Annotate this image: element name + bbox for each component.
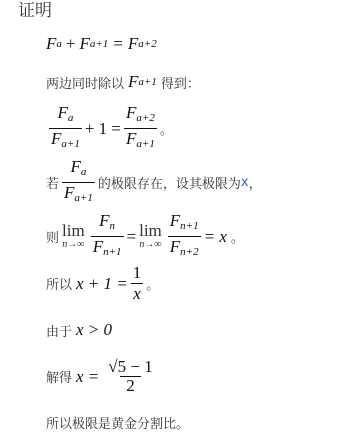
math-op: + 1 = xyxy=(85,119,121,139)
equation-limit: 则 limn→∞ Fn Fn+1 = limn→∞ Fn+1 Fn+2 = x … xyxy=(46,212,244,261)
text: 则 xyxy=(46,227,59,246)
math-var: F xyxy=(128,34,138,54)
equation-fibonacci-recurrence: Fa + Fa+1 = Fa+2 xyxy=(46,34,157,54)
text: 所以极限是黄金分割比。 xyxy=(46,413,189,432)
math-sub: a+1 xyxy=(138,76,156,88)
text: 解得 xyxy=(46,367,72,386)
math-op: + xyxy=(66,34,76,54)
math-op: = xyxy=(113,34,123,54)
fraction: Fa+2 Fa+1 xyxy=(124,104,157,153)
math-expr: = x xyxy=(204,227,227,247)
proof-heading: 证明 xyxy=(18,0,52,22)
fraction: Fa Fa+1 xyxy=(49,104,82,153)
equation-solution: 解得 x = √5 − 1 2 xyxy=(46,358,162,395)
math-expr: x > 0 xyxy=(76,320,112,340)
equation-divided: Fa Fa+1 + 1 = Fa+2 Fa+1 。 xyxy=(46,104,173,153)
punct: 。 xyxy=(160,119,173,138)
text-divide-step: 两边同时除以 Fa+1 得到： xyxy=(46,72,200,92)
text: 由于 xyxy=(46,321,72,340)
math-sub: a+2 xyxy=(138,38,156,50)
text-conclusion: 所以极限是黄金分割比。 xyxy=(46,413,189,432)
text: 所以 xyxy=(46,274,72,293)
limit: limn→∞ xyxy=(139,223,162,251)
math-var: F xyxy=(128,72,138,92)
limit: limn→∞ xyxy=(62,223,85,251)
math-sub: a xyxy=(56,38,62,50)
punct: 。 xyxy=(146,274,159,293)
text: 得到： xyxy=(161,73,200,92)
math-var: F xyxy=(79,34,89,54)
math-var: F xyxy=(46,34,56,54)
math-expr: x + 1 = xyxy=(76,274,128,294)
text: 的极限存在，设其极限为 xyxy=(98,173,241,192)
text-limit-assumption: 若 Fa Fa+1 的极限存在，设其极限为x， xyxy=(46,158,262,207)
punct: 。 xyxy=(231,227,244,246)
equation-x-plus-one: 所以 x + 1 = 1 x 。 xyxy=(46,264,159,303)
fraction: Fa Fa+1 xyxy=(62,158,95,207)
math-expr: x = xyxy=(76,367,99,387)
text-x-positive: 由于 x > 0 xyxy=(46,320,112,340)
text: 两边同时除以 xyxy=(46,73,124,92)
math-op: = xyxy=(127,227,137,247)
punct: ， xyxy=(249,173,262,192)
fraction: 1 x xyxy=(131,264,144,303)
math-sub: a+1 xyxy=(90,38,108,50)
fraction: Fn+1 Fn+2 xyxy=(168,212,201,261)
variable-x: x xyxy=(241,175,249,190)
text: 若 xyxy=(46,173,59,192)
fraction: √5 − 1 2 xyxy=(102,358,158,395)
fraction: Fn Fn+1 xyxy=(91,212,124,261)
